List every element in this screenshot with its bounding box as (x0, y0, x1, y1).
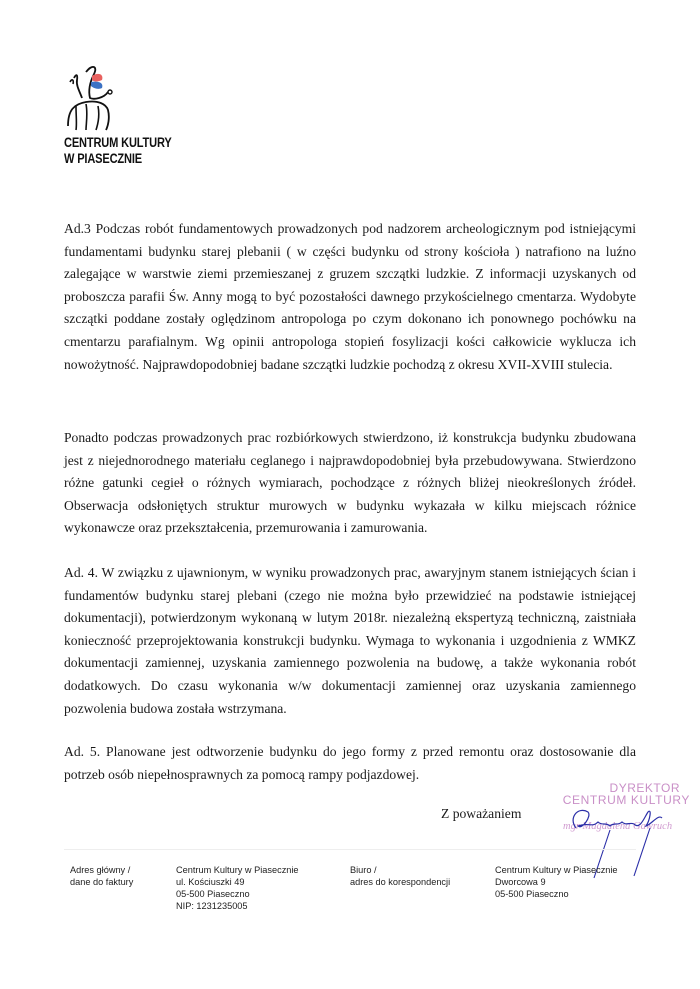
footer-text: 05-500 Piaseczno (176, 888, 299, 900)
paragraph-ad5: Ad. 5. Planowane jest odtworzenie budynk… (64, 741, 636, 786)
logo-line-1: CENTRUM KULTURY (64, 136, 179, 150)
footer-separator (64, 849, 636, 850)
paragraph-text: Ad.3 Podczas robót fundamentowych prowad… (64, 218, 636, 376)
footer-text: 05-500 Piaseczno (495, 888, 618, 900)
paragraph-text: Ad. 4. W związku z ujawnionym, w wyniku … (64, 562, 636, 720)
organization-logo: CENTRUM KULTURY W PIASECZNIE (64, 64, 204, 166)
footer-text: Biuro / (350, 864, 450, 876)
footer-text: Adres główny / (70, 864, 133, 876)
footer-text: adres do korespondencji (350, 876, 450, 888)
paragraph-brick-structure: Ponadto podczas prowadzonych prac rozbió… (64, 427, 636, 540)
paragraph-text: Ponadto podczas prowadzonych prac rozbió… (64, 427, 636, 540)
closing-salutation: Z poważaniem (441, 806, 521, 822)
logo-line-2: W PIASECZNIE (64, 152, 179, 166)
letter-page: CENTRUM KULTURY W PIASECZNIE Ad.3 Podcza… (0, 0, 700, 989)
paragraph-ad4: Ad. 4. W związku z ujawnionym, w wyniku … (64, 562, 636, 720)
paragraph-ad3: Ad.3 Podczas robót fundamentowych prowad… (64, 218, 636, 376)
footer-main-address-label: Adres główny / dane do faktury (70, 864, 133, 888)
footer-text: Centrum Kultury w Piasecznie (495, 864, 618, 876)
footer-text: dane do faktury (70, 876, 133, 888)
footer-office-address: Centrum Kultury w Piasecznie Dworcowa 9 … (495, 864, 618, 900)
footer-text: ul. Kościuszki 49 (176, 876, 299, 888)
footer-main-address: Centrum Kultury w Piasecznie ul. Kościus… (176, 864, 299, 912)
footer-text: Dworcowa 9 (495, 876, 618, 888)
footer-office-label: Biuro / adres do korespondencji (350, 864, 450, 888)
footer-text: Centrum Kultury w Piasecznie (176, 864, 299, 876)
butterfly-chair-logo-icon (64, 64, 124, 134)
footer-text: NIP: 1231235005 (176, 900, 299, 912)
paragraph-text: Ad. 5. Planowane jest odtworzenie budynk… (64, 741, 636, 786)
